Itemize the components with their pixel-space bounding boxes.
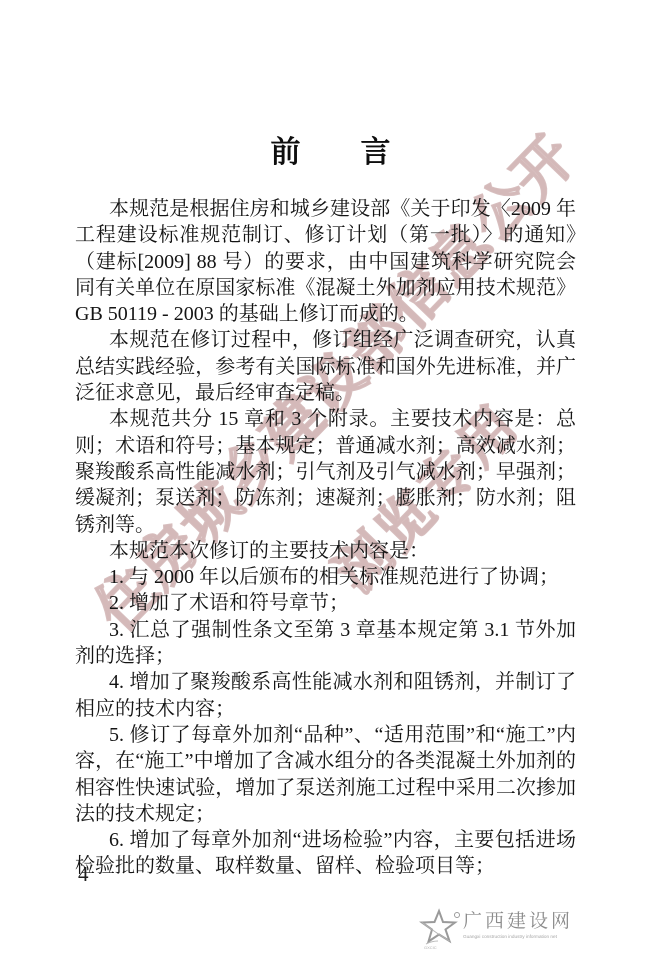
star-swoosh-icon: GXCIC (418, 908, 458, 952)
paragraph-revision-lead: 本规范本次修订的主要技术内容是： (75, 538, 576, 564)
document-body: 本规范是根据住房和城乡建设部《关于印发〈2009 年工程建设标准规范制订、修订计… (75, 196, 576, 880)
page-title: 前 言 (0, 127, 661, 171)
list-item-6: 6. 增加了每章外加剂“进场检验”内容，主要包括进场检验批的数量、取样数量、留样… (75, 827, 576, 880)
list-item-2: 2. 增加了术语和符号章节； (75, 590, 576, 616)
paragraph-intro: 本规范是根据住房和城乡建设部《关于印发〈2009 年工程建设标准规范制订、修订计… (75, 196, 576, 327)
list-item-1: 1. 与 2000 年以后颁布的相关标准规范进行了协调； (75, 564, 576, 590)
logo-tagline: Guangxi construction industry informatio… (463, 934, 562, 939)
list-item-3: 3. 汇总了强制性条文至第 3 章基本规定第 3.1 节外加剂的选择； (75, 617, 576, 670)
svg-text:GXCIC: GXCIC (424, 945, 437, 950)
list-item-4: 4. 增加了聚羧酸系高性能减水剂和阻锈剂，并制订了相应的技术内容； (75, 669, 576, 722)
site-logo: GXCIC 广西建设网 Guangxi construction industr… (418, 906, 653, 952)
list-item-5: 5. 修订了每章外加剂“品种”、“适用范围”和“施工”内容，在“施工”中增加了含… (75, 722, 576, 827)
paragraph-chapters: 本规范共分 15 章和 3 个附录。主要技术内容是：总则；术语和符号；基本规定；… (75, 406, 576, 537)
logo-dot-icon (454, 912, 460, 918)
paragraph-revision-process: 本规范在修订过程中，修订组经广泛调查研究，认真总结实践经验，参考有关国际标准和国… (75, 327, 576, 406)
logo-site-name: 广西建设网 (463, 906, 653, 933)
page-number: 4 (78, 862, 89, 887)
document-page: 住房城乡建设部信息公开 浏览专用 前 言 本规范是根据住房和城乡建设部《关于印发… (0, 0, 661, 958)
